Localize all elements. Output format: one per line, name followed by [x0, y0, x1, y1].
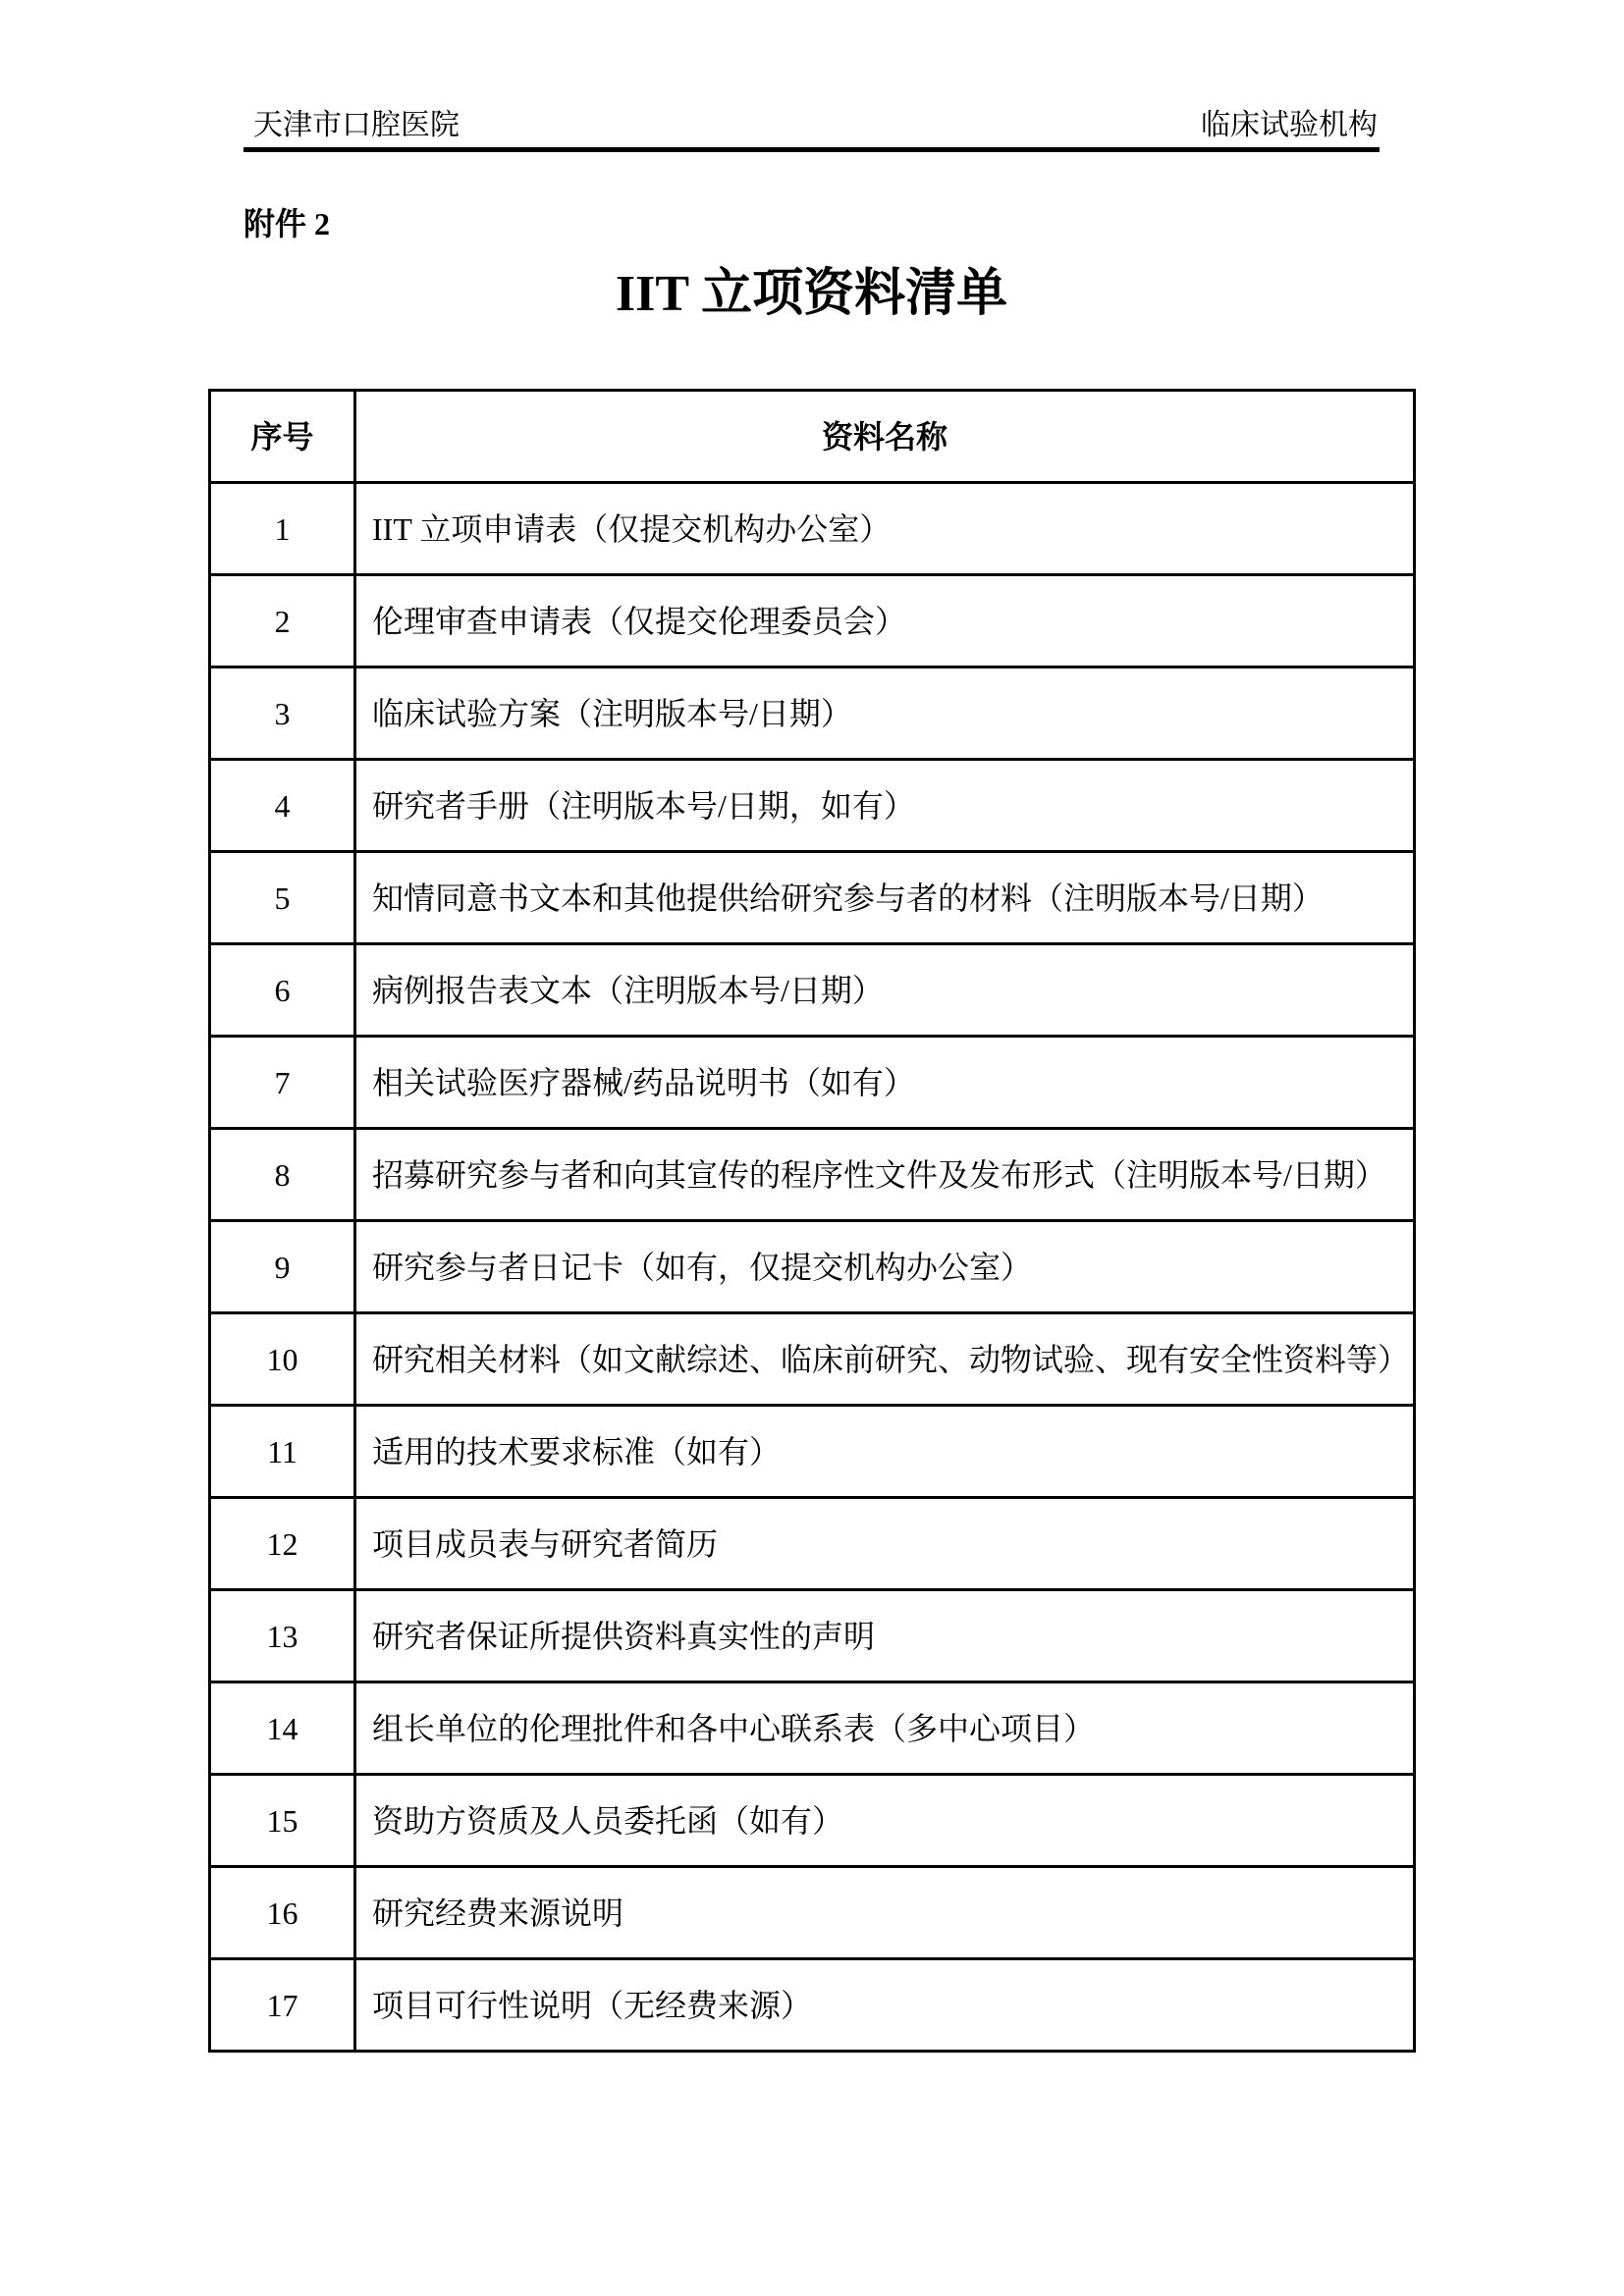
- table-row: 13研究者保证所提供资料真实性的声明: [210, 1590, 1415, 1682]
- table-row: 7相关试验医疗器械/药品说明书（如有）: [210, 1037, 1415, 1129]
- table-row: 4研究者手册（注明版本号/日期，如有）: [210, 760, 1415, 852]
- material-name-cell: 病例报告表文本（注明版本号/日期）: [355, 944, 1415, 1037]
- column-header-no: 序号: [210, 391, 355, 483]
- table-row: 6病例报告表文本（注明版本号/日期）: [210, 944, 1415, 1037]
- table-header-row: 序号 资料名称: [210, 391, 1415, 483]
- material-name-cell: 知情同意书文本和其他提供给研究参与者的材料（注明版本号/日期）: [355, 852, 1415, 944]
- table-row: 10研究相关材料（如文献综述、临床前研究、动物试验、现有安全性资料等）: [210, 1313, 1415, 1406]
- row-number-cell: 17: [210, 1959, 355, 2052]
- row-number-cell: 10: [210, 1313, 355, 1406]
- material-name-cell: 项目可行性说明（无经费来源）: [355, 1959, 1415, 2052]
- table-row: 11适用的技术要求标准（如有）: [210, 1406, 1415, 1498]
- table-row: 8招募研究参与者和向其宣传的程序性文件及发布形式（注明版本号/日期）: [210, 1129, 1415, 1221]
- page-header-right: 临床试验机构: [1201, 108, 1378, 143]
- row-number-cell: 3: [210, 667, 355, 760]
- table-row: 17项目可行性说明（无经费来源）: [210, 1959, 1415, 2052]
- row-number-cell: 12: [210, 1498, 355, 1590]
- material-name-cell: 研究参与者日记卡（如有，仅提交机构办公室）: [355, 1221, 1415, 1313]
- page-title: IIT 立项资料清单: [244, 265, 1380, 324]
- material-name-cell: 组长单位的伦理批件和各中心联系表（多中心项目）: [355, 1682, 1415, 1775]
- table-row: 1IIT 立项申请表（仅提交机构办公室）: [210, 483, 1415, 575]
- table-row: 12项目成员表与研究者简历: [210, 1498, 1415, 1590]
- row-number-cell: 14: [210, 1682, 355, 1775]
- material-name-cell: 伦理审查申请表（仅提交伦理委员会）: [355, 575, 1415, 667]
- page-header-left: 天津市口腔医院: [253, 108, 460, 143]
- table-row: 5知情同意书文本和其他提供给研究参与者的材料（注明版本号/日期）: [210, 852, 1415, 944]
- material-name-cell: 研究相关材料（如文献综述、临床前研究、动物试验、现有安全性资料等）: [355, 1313, 1415, 1406]
- row-number-cell: 2: [210, 575, 355, 667]
- table-row: 3临床试验方案（注明版本号/日期）: [210, 667, 1415, 760]
- row-number-cell: 15: [210, 1775, 355, 1867]
- material-name-cell: 研究者保证所提供资料真实性的声明: [355, 1590, 1415, 1682]
- table-row: 14组长单位的伦理批件和各中心联系表（多中心项目）: [210, 1682, 1415, 1775]
- row-number-cell: 7: [210, 1037, 355, 1129]
- material-name-cell: 项目成员表与研究者简历: [355, 1498, 1415, 1590]
- table-row: 16研究经费来源说明: [210, 1867, 1415, 1959]
- document-page: 天津市口腔医院 临床试验机构 附件 2 IIT 立项资料清单 序号 资料名称 1…: [0, 0, 1624, 2296]
- attachment-label: 附件 2: [244, 205, 330, 242]
- material-name-cell: 招募研究参与者和向其宣传的程序性文件及发布形式（注明版本号/日期）: [355, 1129, 1415, 1221]
- row-number-cell: 5: [210, 852, 355, 944]
- row-number-cell: 16: [210, 1867, 355, 1959]
- material-name-cell: 相关试验医疗器械/药品说明书（如有）: [355, 1037, 1415, 1129]
- row-number-cell: 9: [210, 1221, 355, 1313]
- row-number-cell: 11: [210, 1406, 355, 1498]
- row-number-cell: 1: [210, 483, 355, 575]
- row-number-cell: 13: [210, 1590, 355, 1682]
- material-name-cell: 临床试验方案（注明版本号/日期）: [355, 667, 1415, 760]
- table-body: 1IIT 立项申请表（仅提交机构办公室）2伦理审查申请表（仅提交伦理委员会）3临…: [210, 483, 1415, 2052]
- header-rule: [244, 147, 1380, 152]
- table-row: 2伦理审查申请表（仅提交伦理委员会）: [210, 575, 1415, 667]
- materials-table: 序号 资料名称 1IIT 立项申请表（仅提交机构办公室）2伦理审查申请表（仅提交…: [208, 389, 1416, 2053]
- material-name-cell: 研究者手册（注明版本号/日期，如有）: [355, 760, 1415, 852]
- column-header-name: 资料名称: [355, 391, 1415, 483]
- table-row: 15资助方资质及人员委托函（如有）: [210, 1775, 1415, 1867]
- row-number-cell: 4: [210, 760, 355, 852]
- table-row: 9研究参与者日记卡（如有，仅提交机构办公室）: [210, 1221, 1415, 1313]
- material-name-cell: 适用的技术要求标准（如有）: [355, 1406, 1415, 1498]
- row-number-cell: 6: [210, 944, 355, 1037]
- material-name-cell: IIT 立项申请表（仅提交机构办公室）: [355, 483, 1415, 575]
- material-name-cell: 资助方资质及人员委托函（如有）: [355, 1775, 1415, 1867]
- row-number-cell: 8: [210, 1129, 355, 1221]
- material-name-cell: 研究经费来源说明: [355, 1867, 1415, 1959]
